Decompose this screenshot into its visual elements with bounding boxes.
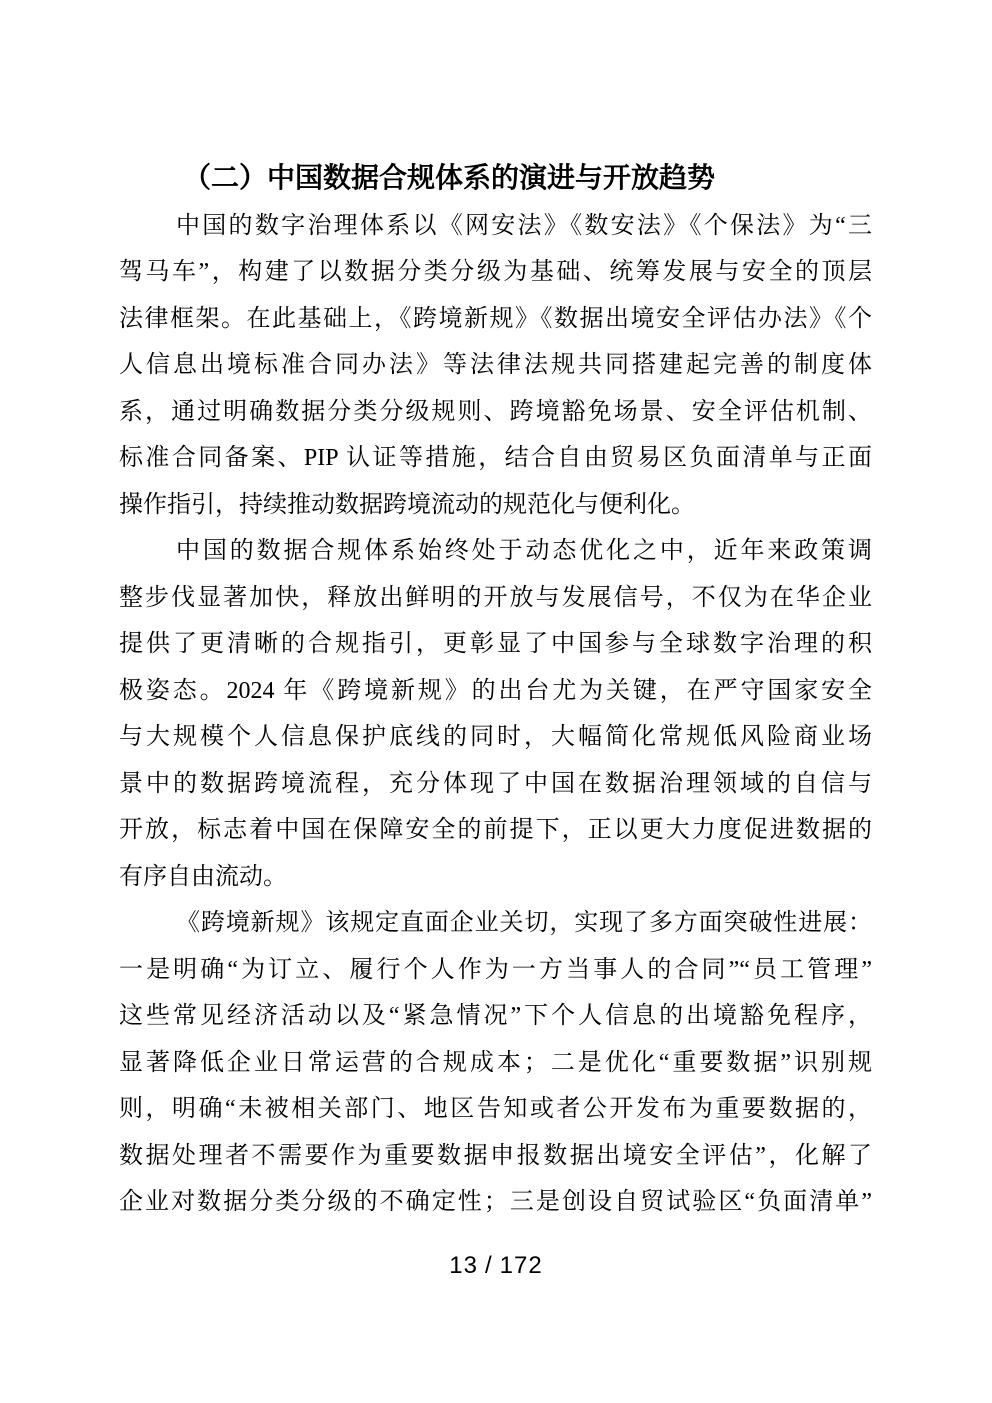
document-body: （二）中国数据合规体系的演进与开放趋势 中国的数字治理体系以《网安法》《数安法》… xyxy=(119,156,872,1226)
total-page-count: 172 xyxy=(500,1252,543,1279)
current-page-number: 13 xyxy=(449,1252,478,1279)
page-number-separator: / xyxy=(485,1252,493,1280)
text-line: 一是明确“为订立、履行个人作为一方当事人的合同”“员工管理” xyxy=(119,947,872,994)
text-line: 提供了更清晰的合规指引，更彰显了中国参与全球数字治理的积 xyxy=(119,621,872,668)
text-line: 整步伐显著加快，释放出鲜明的开放与发展信号，不仅为在华企业 xyxy=(119,575,872,622)
page-footer: 13/172 xyxy=(0,1252,992,1280)
text-line: 人信息出境标准合同办法》等法律法规共同搭建起完善的制度体 xyxy=(119,342,872,389)
text-line: 极姿态。2024 年《跨境新规》的出台尤为关键，在严守国家安全 xyxy=(119,668,872,715)
text-line: 法律框架。在此基础上，《跨境新规》《数据出境安全评估办法》《个 xyxy=(119,296,872,343)
text-line: 数据处理者不需要作为重要数据申报数据出境安全评估”，化解了 xyxy=(119,1133,872,1180)
text-line: 企业对数据分类分级的不确定性；三是创设自贸试验区“负面清单” xyxy=(119,1179,872,1226)
text-line: 这些常见经济活动以及“紧急情况”下个人信息的出境豁免程序， xyxy=(119,993,872,1040)
text-line: 则，明确“未被相关部门、地区告知或者公开发布为重要数据的， xyxy=(119,1086,872,1133)
text-line: 有序自由流动。 xyxy=(119,854,872,901)
text-line: 操作指引，持续推动数据跨境流动的规范化与便利化。 xyxy=(119,482,872,529)
paragraph: 中国的数据合规体系始终处于动态优化之中，近年来政策调 整步伐显著加快，释放出鲜明… xyxy=(119,528,872,900)
text-line: 与大规模个人信息保护底线的同时，大幅简化常规低风险商业场 xyxy=(119,714,872,761)
section-heading: （二）中国数据合规体系的演进与开放趋势 xyxy=(119,156,872,203)
text-line: 系，通过明确数据分类分级规则、跨境豁免场景、安全评估机制、 xyxy=(119,389,872,436)
text-line: 中国的数据合规体系始终处于动态优化之中，近年来政策调 xyxy=(119,528,872,575)
text-line: 驾马车”，构建了以数据分类分级为基础、统筹发展与安全的顶层 xyxy=(119,249,872,296)
text-line: 中国的数字治理体系以《网安法》《数安法》《个保法》为“三 xyxy=(119,203,872,250)
text-line: 景中的数据跨境流程，充分体现了中国在数据治理领域的自信与 xyxy=(119,761,872,808)
text-line: 开放，标志着中国在保障安全的前提下，正以更大力度促进数据的 xyxy=(119,807,872,854)
text-line: 显著降低企业日常运营的合规成本；二是优化“重要数据”识别规 xyxy=(119,1040,872,1087)
text-line: 《跨境新规》该规定直面企业关切，实现了多方面突破性进展： xyxy=(119,900,872,947)
paragraph: 《跨境新规》该规定直面企业关切，实现了多方面突破性进展： 一是明确“为订立、履行… xyxy=(119,900,872,1226)
text-line: 标准合同备案、PIP 认证等措施，结合自由贸易区负面清单与正面 xyxy=(119,435,872,482)
paragraph: 中国的数字治理体系以《网安法》《数安法》《个保法》为“三 驾马车”，构建了以数据… xyxy=(119,203,872,529)
